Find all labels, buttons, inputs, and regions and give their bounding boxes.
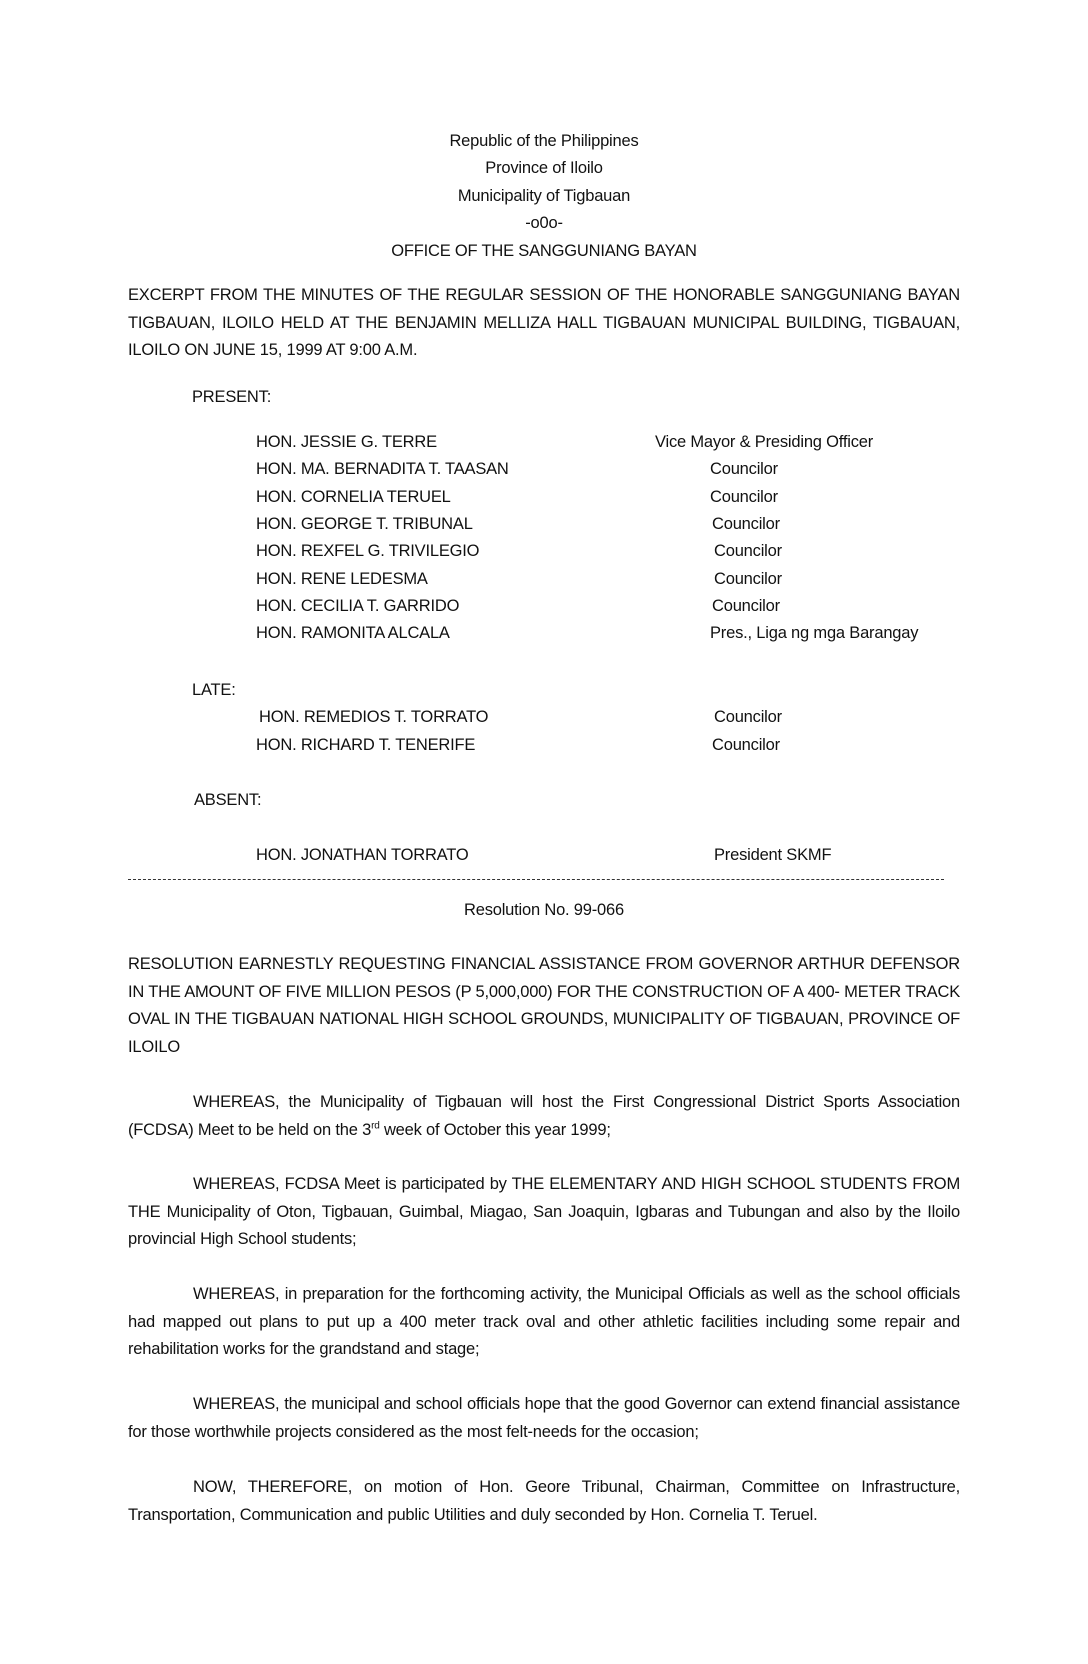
attendee-name: HON. REXFEL G. TRIVILEGIO <box>256 541 479 561</box>
attendee-name: HON. RICHARD T. TENERIFE <box>256 735 475 755</box>
attendee-name: HON. RAMONITA ALCALA <box>256 623 450 643</box>
whereas-paragraph-3: WHEREAS, in preparation for the forthcom… <box>128 1281 960 1364</box>
header-province: Province of Iloilo <box>0 158 1088 178</box>
resolution-title: RESOLUTION EARNESTLY REQUESTING FINANCIA… <box>128 951 960 1061</box>
late-label: LATE: <box>192 680 236 700</box>
attendee-position: Councilor <box>714 569 782 589</box>
attendee-position: Councilor <box>714 707 782 727</box>
attendee-position: President SKMF <box>714 845 831 865</box>
attendee-name: HON. JESSIE G. TERRE <box>256 432 437 452</box>
section-divider <box>128 879 944 880</box>
attendee-name: HON. JONATHAN TORRATO <box>256 845 468 865</box>
whereas-paragraph-1: WHEREAS, the Municipality of Tigbauan wi… <box>128 1089 960 1144</box>
header-municipality: Municipality of Tigbauan <box>0 186 1088 206</box>
resolution-number: Resolution No. 99-066 <box>0 900 1088 920</box>
attendee-name: HON. CORNELIA TERUEL <box>256 487 451 507</box>
header-ornament: -o0o- <box>0 213 1088 233</box>
attendee-position: Councilor <box>712 596 780 616</box>
document-page: Republic of the Philippines Province of … <box>0 0 1088 1664</box>
attendee-position: Vice Mayor & Presiding Officer <box>655 432 873 452</box>
attendee-name: HON. RENE LEDESMA <box>256 569 428 589</box>
whereas-paragraph-4: WHEREAS, the municipal and school offici… <box>128 1391 960 1446</box>
excerpt-paragraph: EXCERPT FROM THE MINUTES OF THE REGULAR … <box>128 282 960 365</box>
attendee-name: HON. CECILIA T. GARRIDO <box>256 596 459 616</box>
attendee-name: HON. REMEDIOS T. TORRATO <box>259 707 488 727</box>
attendee-position: Councilor <box>712 514 780 534</box>
attendee-position: Councilor <box>714 541 782 561</box>
attendee-position: Councilor <box>712 735 780 755</box>
attendee-position: Councilor <box>710 459 778 479</box>
attendee-position: Councilor <box>710 487 778 507</box>
present-label: PRESENT: <box>192 387 271 407</box>
header-republic: Republic of the Philippines <box>0 131 1088 151</box>
whereas-paragraph-2: WHEREAS, FCDSA Meet is participated by T… <box>128 1171 960 1254</box>
header-office: OFFICE OF THE SANGGUNIANG BAYAN <box>0 241 1088 261</box>
attendee-name: HON. GEORGE T. TRIBUNAL <box>256 514 473 534</box>
attendee-position: Pres., Liga ng mga Barangay <box>710 623 918 643</box>
now-therefore-paragraph: NOW, THEREFORE, on motion of Hon. Geore … <box>128 1474 960 1529</box>
absent-label: ABSENT: <box>194 790 261 810</box>
attendee-name: HON. MA. BERNADITA T. TAASAN <box>256 459 509 479</box>
